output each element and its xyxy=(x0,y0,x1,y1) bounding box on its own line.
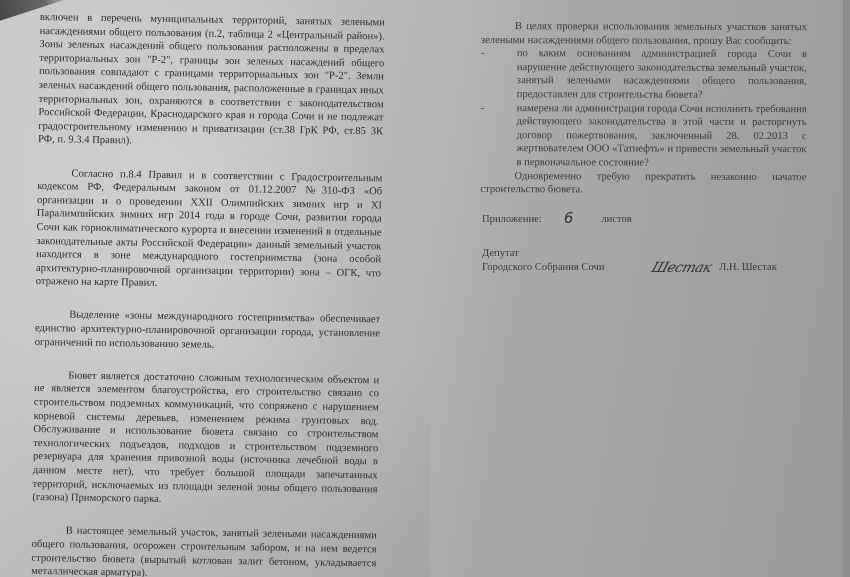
question-text: по каким основаниям администрацией город… xyxy=(517,47,807,102)
attachment-label: Приложение: xyxy=(482,214,542,225)
paragraph-current-state: В настоящее земельный участок, занятый з… xyxy=(31,524,377,577)
question-item: - намерена ли администрация города Сочи … xyxy=(480,102,806,171)
attachment-line: Приложение:6листов xyxy=(482,208,632,226)
signer-title: Депутат xyxy=(482,247,777,261)
paragraph-hospitality-zone: Выделение «зоны международного гостеприи… xyxy=(35,308,381,354)
list-dash: - xyxy=(480,102,516,170)
question-text: намерена ли администрация города Сочи ис… xyxy=(516,102,806,171)
paragraph-green-zones: включен в перечень муниципальных террито… xyxy=(38,11,385,152)
question-item: - по каким основаниям администрацией гор… xyxy=(481,47,807,103)
paragraph-buvet-description: Бювет является достаточно сложным технол… xyxy=(32,369,379,510)
signature-block: Депутат Городского Собрания Сочи Шестак … xyxy=(482,247,777,275)
attachment-count-handwritten: 6 xyxy=(564,209,574,227)
handwritten-signature: Шестак xyxy=(650,261,714,275)
left-page-text: включен в перечень муниципальных террито… xyxy=(31,11,385,577)
right-page-text: В целях проверки использования земельных… xyxy=(480,20,807,198)
demand-paragraph: Одновременно требую прекратить незаконно… xyxy=(480,170,806,198)
page-edge xyxy=(843,0,850,577)
list-dash: - xyxy=(481,47,517,102)
signer-organization: Городского Собрания Сочи xyxy=(482,261,652,275)
attachment-unit: листов xyxy=(601,214,631,225)
paragraph-rules-8-4: Согласно п.8.4 Правил и в соответствии с… xyxy=(36,167,383,295)
signer-name: Л.Н. Шестак xyxy=(719,261,777,275)
request-intro: В целях проверки использования земельных… xyxy=(481,20,807,48)
